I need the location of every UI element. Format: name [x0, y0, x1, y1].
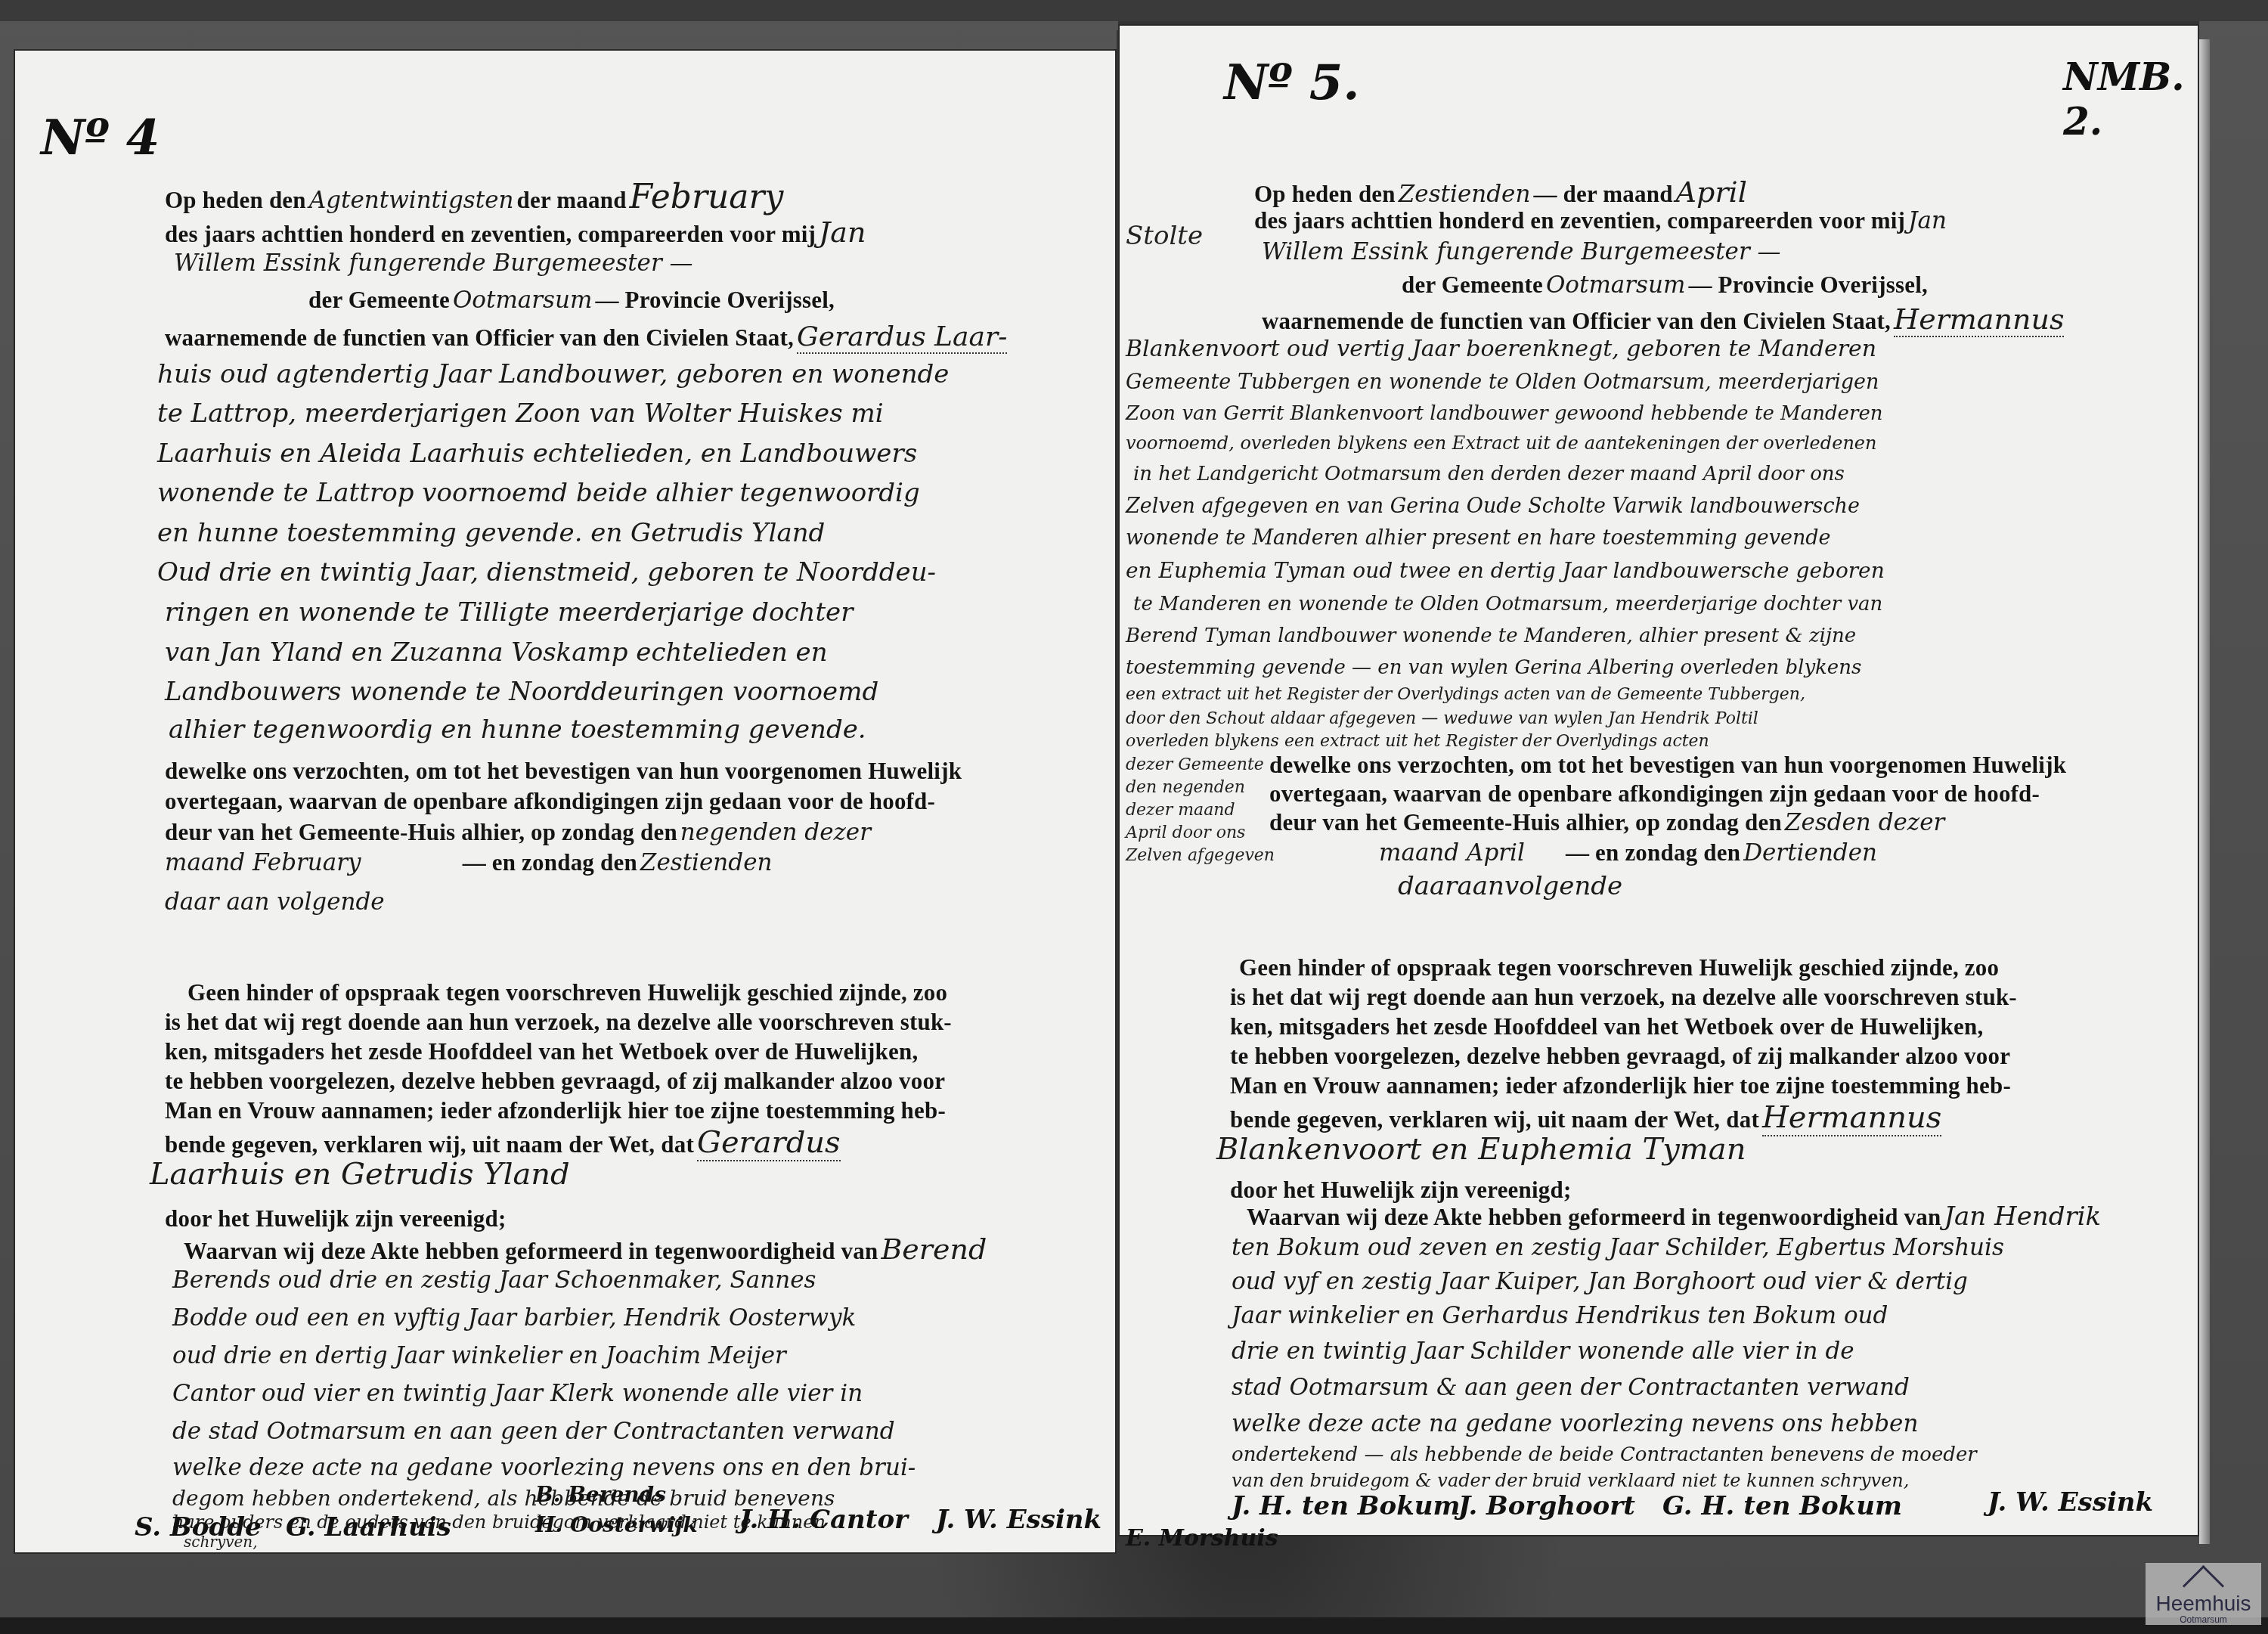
text-line: dewelke ons verzochten, om tot het beves…: [1269, 750, 2066, 780]
text-line: de stad Ootmarsum en aan geen der Contra…: [172, 1418, 895, 1445]
text-line: te Lattrop, meerderjarigen Zoon van Wolt…: [157, 398, 884, 429]
text-line: Laarhuis en Aleida Laarhuis echtelieden,…: [157, 439, 917, 469]
scan-top-edge: [0, 0, 2268, 21]
text-line: wonende te Lattrop voornoemd beide alhie…: [157, 478, 920, 508]
text-line: is het dat wij regt doende aan hun verzo…: [165, 1007, 952, 1037]
text-line: deur van het Gemeente-Huis alhier, op zo…: [1269, 808, 1944, 837]
text-line: is het dat wij regt doende aan hun verzo…: [1230, 982, 2017, 1012]
text-line: Oud drie en twintig Jaar, dienstmeid, ge…: [157, 557, 936, 588]
text-line: door het Huwelijk zijn vereenigd;: [1230, 1175, 1571, 1205]
signature: J. H. ten Bokum: [1232, 1491, 1460, 1521]
text-line: Landbouwers wonende te Noorddeuringen vo…: [165, 677, 878, 707]
text-line: Geen hinder of opspraak tegen voorschrev…: [1239, 953, 1999, 982]
text-line: wonende te Manderen alhier present en ha…: [1126, 526, 1831, 550]
text-line: daaraanvolgende: [1398, 871, 1622, 901]
text-line: huis oud agtendertig Jaar Landbouwer, ge…: [157, 359, 949, 389]
text-line: Willem Essink fungerende Burgemeester —: [174, 250, 693, 277]
text-line: van Jan Yland en Zuzanna Voskamp echteli…: [165, 637, 828, 668]
text-line: te hebben voorgelezen, dezelve hebben ge…: [1230, 1041, 2010, 1071]
text-line: ringen en wonende te Tilligte meerderjar…: [165, 597, 853, 628]
text-line: hare ouders en de ouders van den bruideg…: [172, 1512, 826, 1533]
archive-reference: NMB. 2.: [2063, 54, 2199, 144]
text-line: Cantor oud vier en twintig Jaar Klerk wo…: [172, 1380, 863, 1407]
text-line: in het Landgericht Ootmarsum den derden …: [1133, 463, 1845, 485]
signature: G. H. ten Bokum: [1662, 1491, 1902, 1521]
text-line: daar aan volgende: [165, 888, 385, 916]
text-line: bende gegeven, verklaren wij, uit naam d…: [1230, 1100, 1941, 1135]
text-line: overleden blykens een extract uit het Re…: [1126, 732, 1709, 751]
text-line: oud vyf en zestig Jaar Kuiper, Jan Borgh…: [1232, 1268, 1968, 1295]
text-line: van den bruidegom & vader der bruid verk…: [1232, 1470, 1909, 1491]
couple-names: Laarhuis en Getrudis Yland: [150, 1157, 570, 1192]
right-page-record-5: Nº 5. NMB. 2. Stolte Op heden den Zestie…: [1118, 21, 2199, 1536]
text-line: waarnemende de functien van Officier van…: [165, 321, 1007, 352]
record-number: Nº 4: [41, 110, 160, 166]
text-line: maand April — en zondag den Dertienden: [1379, 838, 1877, 867]
scan-bottom-edge: [0, 1617, 2268, 1634]
archive-watermark: Heemhuis Ootmarsum: [2146, 1563, 2261, 1625]
text-line: Blankenvoort oud vertig Jaar boerenknegt…: [1126, 336, 1876, 362]
text-line: Op heden den Agtentwintigsten der maand …: [165, 178, 783, 216]
signature: E. Morshuis: [1126, 1525, 1278, 1552]
text-line: der Gemeente Ootmarsum — Provincie Overi…: [1402, 270, 1928, 299]
text-line: Op heden den Zestienden — der maand Apri…: [1254, 175, 1747, 209]
text-line: Berends oud drie en zestig Jaar Schoenma…: [172, 1267, 816, 1294]
text-line: Man en Vrouw aannamen; ieder afzonderlij…: [165, 1096, 946, 1125]
signature: B. Berends: [535, 1482, 666, 1507]
text-line: overtegaan, waarvan de openbare afkondig…: [1269, 779, 2040, 808]
text-line: des jaars achttien honderd en zeventien,…: [1254, 206, 1947, 235]
text-line: te hebben voorgelezen, dezelve hebben ge…: [165, 1066, 945, 1096]
signature: J. Borghoort: [1458, 1491, 1635, 1521]
text-line: Jaar winkelier en Gerhardus Hendrikus te…: [1232, 1302, 1888, 1329]
signature: H. Oosterwijk: [535, 1512, 698, 1537]
text-line: Man en Vrouw aannamen; ieder afzonderlij…: [1230, 1071, 2011, 1100]
signature: G. Laarhuis: [286, 1512, 451, 1543]
text-line: Waarvan wij deze Akte hebben geformeerd …: [184, 1232, 987, 1266]
text-line: maand February — en zondag den Zestiende…: [165, 848, 773, 877]
text-line: drie en twintig Jaar Schilder wonende al…: [1232, 1338, 1854, 1365]
text-line: een extract uit het Register der Overlyd…: [1126, 685, 1805, 704]
record-number: Nº 5.: [1224, 54, 1360, 111]
text-line: Bodde oud een en vyftig Jaar barbier, He…: [172, 1304, 856, 1332]
left-page-record-4: Nº 4 Op heden den Agtentwintigsten der m…: [14, 47, 1117, 1554]
signature: S. Bodde: [135, 1512, 262, 1543]
text-line: Berend Tyman landbouwer wonende te Mande…: [1126, 625, 1856, 647]
text-line: des jaars achttien honderd en zeventien,…: [165, 215, 866, 249]
text-line: ken, mitsgaders het zesde Hoofddeel van …: [1230, 1012, 1983, 1041]
text-line: welke deze acte na gedane voorlezing nev…: [172, 1454, 916, 1481]
text-line: Willem Essink fungerende Burgemeester —: [1262, 238, 1781, 265]
text-line: te Manderen en wonende te Olden Ootmarsu…: [1133, 593, 1882, 615]
text-line: oud drie en dertig Jaar winkelier en Joa…: [172, 1342, 786, 1369]
signature: J. H. Cantor: [739, 1505, 908, 1535]
signature: J. W. Essink: [936, 1505, 1101, 1535]
text-line: degom hebben ondertekend, als hebbende d…: [172, 1486, 835, 1511]
text-line: toestemming gevende — en van wylen Gerin…: [1126, 656, 1861, 679]
text-line: ten Bokum oud zeven en zestig Jaar Schil…: [1232, 1234, 2004, 1261]
text-line: welke deze acte na gedane voorlezing nev…: [1232, 1410, 1918, 1437]
text-line: door het Huwelijk zijn vereenigd;: [165, 1204, 506, 1233]
text-line: overtegaan, waarvan de openbare afkondig…: [165, 786, 935, 816]
text-line: en hunne toestemming gevende. en Getrudi…: [157, 518, 825, 548]
text-line: voornoemd, overleden blykens een Extract…: [1126, 433, 1877, 454]
text-line: Gemeente Tubbergen en wonende te Olden O…: [1126, 371, 1879, 394]
text-line: Geen hinder of opspraak tegen voorschrev…: [187, 978, 947, 1007]
signature: J. W. Essink: [1988, 1487, 2153, 1518]
text-line: deur van het Gemeente-Huis alhier, op zo…: [165, 817, 871, 847]
text-line: en Euphemia Tyman oud twee en dertig Jaa…: [1126, 558, 1885, 583]
text-line: waarnemende de functien van Officier van…: [1262, 302, 2064, 336]
text-line: ken, mitsgaders het zesde Hoofddeel van …: [165, 1037, 918, 1066]
text-line: bende gegeven, verklaren wij, uit naam d…: [165, 1125, 841, 1160]
text-line: Zelven afgegeven en van Gerina Oude Scho…: [1126, 495, 1860, 518]
text-line: Waarvan wij deze Akte hebben geformeerd …: [1247, 1201, 2101, 1232]
text-line: dewelke ons verzochten, om tot het beves…: [165, 756, 962, 786]
margin-name: Stolte: [1126, 225, 1203, 247]
couple-names: Blankenvoort en Euphemia Tyman: [1216, 1132, 1746, 1167]
text-line: Zoon van Gerrit Blankenvoort landbouwer …: [1126, 402, 1883, 425]
text-line: door den Schout aldaar afgegeven — weduw…: [1126, 709, 1758, 728]
text-line: der Gemeente Ootmarsum — Provincie Overi…: [308, 285, 835, 315]
text-line: ondertekend — als hebbende de beide Cont…: [1232, 1443, 1977, 1466]
text-line: stad Ootmarsum & aan geen der Contractan…: [1232, 1374, 1910, 1401]
text-line: alhier tegenwoordig en hunne toestemming…: [169, 715, 866, 745]
